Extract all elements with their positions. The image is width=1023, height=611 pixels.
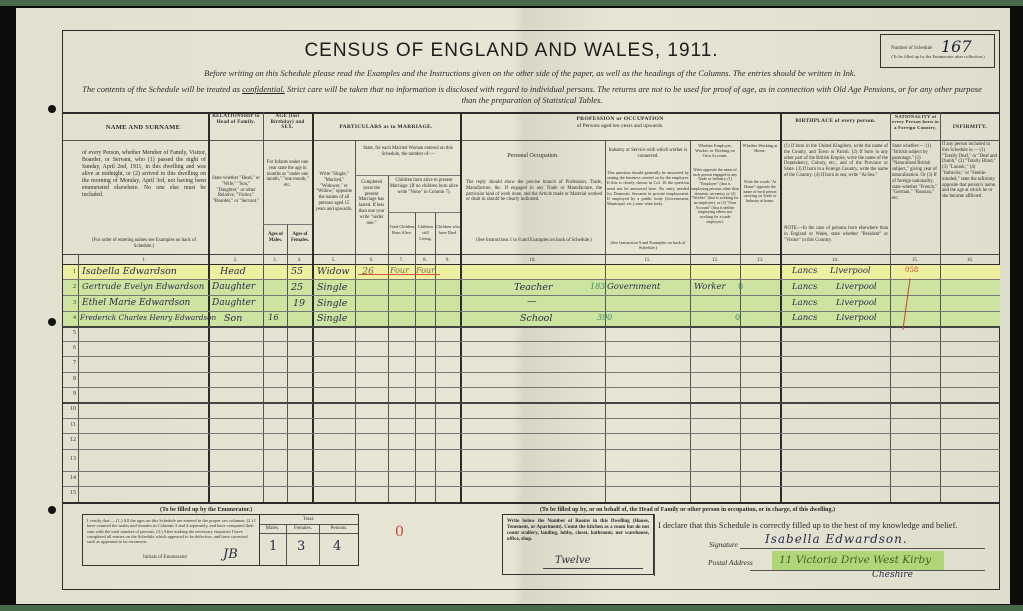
cell-birthplace-town: Liverpool bbox=[836, 282, 877, 292]
cell-birthplace-town: Liverpool bbox=[830, 266, 871, 276]
header-age: AGE (last Birthday) and SEX. bbox=[264, 114, 311, 131]
rooms-value: Twelve bbox=[555, 555, 591, 566]
cell-age-female: 25 bbox=[291, 282, 303, 293]
colnum: 6. bbox=[355, 258, 388, 263]
colnum: 1. bbox=[80, 258, 208, 263]
householder-section-title: (To be filled up by, or on behalf of, th… bbox=[540, 507, 835, 513]
header-birthplace: BIRTHPLACE of every person. bbox=[782, 118, 889, 125]
header-nationality: NATIONALITY of every Person born in a Fo… bbox=[891, 114, 940, 130]
header-infirmity: INFIRMITY. bbox=[941, 124, 999, 131]
header-industry: Industry or Service with which worker is… bbox=[607, 148, 689, 160]
punch-hole bbox=[48, 318, 56, 326]
punch-hole bbox=[48, 105, 56, 113]
cell-birthplace-county: Lancs bbox=[792, 313, 817, 323]
colnum: 11. bbox=[605, 258, 690, 263]
punch-hole bbox=[48, 506, 56, 514]
cell-relationship: Head bbox=[220, 266, 246, 277]
colnum: 7. bbox=[388, 258, 415, 263]
persons-label: Persons. bbox=[320, 526, 358, 531]
cell-marital: Single bbox=[317, 313, 347, 324]
header-relationship: RELATIONSHIP to Head of Family. bbox=[210, 114, 262, 125]
colnum: 4. bbox=[287, 258, 312, 263]
enumerator-certify-text: I certify that:— (1.) All the ages on th… bbox=[87, 518, 257, 544]
row-number: 14 bbox=[64, 475, 76, 481]
row-number: 10 bbox=[64, 406, 76, 412]
cell-marital: Widow bbox=[317, 266, 350, 277]
cell-relationship: Son bbox=[224, 313, 242, 324]
col-divider bbox=[435, 212, 436, 502]
row-line bbox=[63, 486, 1000, 487]
colnum: 10. bbox=[460, 258, 605, 263]
totals-label: Total. bbox=[259, 517, 358, 522]
row-line bbox=[63, 402, 1000, 404]
schedule-number-label: Number of Schedule bbox=[891, 46, 932, 51]
cell-occupation-code: 390 bbox=[597, 313, 612, 322]
header-divider bbox=[63, 140, 1000, 141]
totals-line bbox=[259, 533, 358, 534]
header-at-home-desc: Write the words "At Home" opposite the n… bbox=[741, 180, 779, 204]
schedule-number-note: (To be filled up by the Enumerator after… bbox=[885, 54, 991, 59]
row-number: 9 bbox=[64, 391, 76, 397]
cell-birthplace-county: Lancs bbox=[792, 282, 817, 292]
red-zero-mark: 0 bbox=[395, 524, 404, 540]
rooms-box: Write below the Number of Rooms in this … bbox=[502, 514, 654, 575]
enumerator-box: I certify that:— (1.) All the ages on th… bbox=[82, 514, 359, 566]
instruction-line: Before writing on this Schedule please r… bbox=[150, 68, 910, 78]
row-line bbox=[63, 433, 1000, 434]
header-name-desc: of every Person, whether Member of Famil… bbox=[82, 150, 206, 199]
col-divider bbox=[208, 112, 210, 502]
row-line bbox=[63, 418, 1000, 419]
row-number: 2 bbox=[64, 284, 76, 290]
footer-divider bbox=[654, 514, 655, 576]
header-industry-desc: This question should generally be answer… bbox=[607, 170, 689, 206]
cell-name: Isabella Edwardson bbox=[82, 266, 177, 277]
header-at-home: Whether Working at Home. bbox=[741, 143, 779, 153]
cell-nationality-mark: 058 bbox=[905, 266, 918, 274]
cell-marital: Single bbox=[317, 282, 347, 293]
header-age-desc: For Infants under one year state the age… bbox=[264, 160, 311, 189]
row-line bbox=[63, 471, 1000, 472]
males-label: Males. bbox=[259, 526, 286, 531]
cell-at-home-code: 0 bbox=[735, 313, 740, 322]
header-relationship-desc: State whether "Head," or "Wife," "Son," … bbox=[210, 176, 262, 205]
row-line bbox=[63, 279, 1000, 280]
row-number: 12 bbox=[64, 437, 76, 443]
row-number: 13 bbox=[64, 456, 76, 462]
colnum: 13. bbox=[740, 258, 780, 263]
header-birthplace-desc: (1) If born in the United Kingdom, write… bbox=[784, 144, 888, 179]
totals-divider bbox=[319, 524, 320, 565]
colnum: 12. bbox=[690, 258, 740, 263]
postal-address-line1: 11 Victoria Drive West Kirby bbox=[779, 554, 931, 566]
cell-occupation: — bbox=[527, 296, 537, 307]
cell-birthplace-town: Liverpool bbox=[836, 313, 877, 323]
row-number: 4 bbox=[64, 315, 76, 321]
col-divider bbox=[415, 212, 416, 502]
header-name: NAME AND SURNAME bbox=[80, 124, 206, 131]
cell-name: Ethel Marie Edwardson bbox=[82, 298, 190, 308]
signature-value: Isabella Edwardson. bbox=[765, 532, 908, 546]
cell-name: Gertrude Evelyn Edwardson bbox=[82, 282, 204, 292]
row-line bbox=[63, 449, 1000, 450]
row-number: 11 bbox=[64, 422, 76, 428]
row-number: 6 bbox=[64, 345, 76, 351]
header-married-woman: State, for each Married Woman entered on… bbox=[357, 146, 459, 158]
address-line bbox=[750, 570, 985, 571]
confidential-word: confidential. bbox=[242, 84, 285, 94]
confidential-text: than the preparation of Statistical Tabl… bbox=[461, 95, 602, 105]
header-nationality-desc: State whether:— (1) "British subject by … bbox=[892, 144, 939, 202]
totals-divider bbox=[259, 515, 260, 565]
initials-label: Initials of Enumerator bbox=[143, 555, 187, 560]
cell-relationship: Daughter bbox=[212, 298, 255, 308]
colnum: 3. bbox=[263, 258, 287, 263]
colnum: 8. bbox=[415, 258, 435, 263]
header-marital-desc: Write "Single," "Married," "Widower," or… bbox=[314, 172, 354, 213]
col-divider bbox=[312, 112, 314, 502]
total-persons: 4 bbox=[333, 539, 341, 554]
row-line bbox=[63, 311, 1000, 312]
cell-employer-status: Worker bbox=[694, 282, 726, 292]
cell-age-female: 55 bbox=[291, 266, 303, 277]
cell-age-female: 19 bbox=[293, 298, 305, 309]
header-sub-line bbox=[263, 224, 312, 225]
row-line bbox=[63, 326, 1000, 328]
colnum: 9. bbox=[435, 258, 460, 263]
row-number: 5 bbox=[64, 330, 76, 336]
enumerator-section-title: (To be filled up by the Enumerator.) bbox=[160, 507, 252, 513]
table-bottom-line bbox=[63, 502, 1000, 504]
females-label: Females. bbox=[287, 526, 319, 531]
col-divider bbox=[780, 112, 782, 502]
row-line bbox=[63, 387, 1000, 388]
cell-birthplace-county: Lancs bbox=[792, 266, 817, 276]
header-sub-line bbox=[355, 175, 460, 176]
header-industry-note: (See Instruction 9 and Examples on back … bbox=[607, 240, 689, 250]
header-name-note: (For order of entering names see Example… bbox=[82, 238, 206, 250]
cell-name: Frederick Charles Henry Edwardson bbox=[80, 313, 216, 322]
rooms-underline bbox=[543, 568, 643, 569]
header-personal-occupation: Personal Occupation. bbox=[462, 153, 604, 160]
confidential-text: Strict care will be taken that no inform… bbox=[285, 84, 982, 94]
cell-age-male: 16 bbox=[268, 313, 279, 323]
row-number: 3 bbox=[64, 300, 76, 306]
header-children-living: Children still Living. bbox=[416, 224, 435, 241]
header-birthplace-note: NOTE.—In the case of persons born elsewh… bbox=[784, 226, 888, 243]
table-top-line bbox=[63, 112, 1000, 114]
col-divider bbox=[287, 224, 288, 502]
header-years-married: Completed years the present Marriage has… bbox=[356, 180, 387, 226]
header-total-children: Total Children Born Alive. bbox=[389, 224, 415, 236]
colnum: 2. bbox=[208, 258, 263, 263]
row-line bbox=[63, 356, 1000, 357]
header-infirmity-desc: If any person included in this Schedule … bbox=[942, 142, 998, 200]
form-title: CENSUS OF ENGLAND AND WALES, 1911. bbox=[0, 40, 1023, 62]
header-occupation-note: (See Instructions 1 to 8 and Examples on… bbox=[466, 238, 602, 244]
colnum: 5. bbox=[312, 258, 355, 263]
row-number: 7 bbox=[64, 360, 76, 366]
header-occupation: PROFESSION or OCCUPATION bbox=[462, 116, 778, 123]
signature-label: Signature bbox=[709, 540, 738, 549]
cell-industry: Government bbox=[607, 282, 660, 292]
col-divider bbox=[460, 112, 462, 502]
header-age-males: Ages of Males. bbox=[264, 232, 287, 244]
rooms-instruction: Write below the Number of Rooms in this … bbox=[507, 519, 649, 543]
header-children-died: Children who have Died. bbox=[436, 224, 460, 236]
schedule-number-box: Number of Schedule 167 (To be filled up … bbox=[880, 34, 995, 68]
row-line bbox=[63, 341, 1000, 342]
red-strikethrough bbox=[358, 274, 440, 275]
declaration-text: I declare that this Schedule is correctl… bbox=[658, 520, 958, 530]
col-divider bbox=[940, 112, 941, 502]
cell-birthplace-town: Liverpool bbox=[836, 298, 877, 308]
confidential-notice: The contents of the Schedule will be tre… bbox=[72, 84, 992, 106]
row-number: 15 bbox=[64, 490, 76, 496]
row-number: 1 bbox=[64, 269, 76, 275]
header-bottom-line bbox=[63, 254, 1000, 255]
confidential-text: The contents of the Schedule will be tre… bbox=[82, 84, 242, 94]
colnum: 15. bbox=[890, 258, 940, 263]
total-males: 1 bbox=[269, 539, 277, 554]
cell-years-married: 26 bbox=[362, 266, 374, 277]
col-divider bbox=[78, 254, 79, 502]
cell-marital: Single bbox=[317, 298, 347, 309]
cell-relationship: Daughter bbox=[212, 282, 255, 292]
header-age-females: Ages of Females. bbox=[288, 232, 312, 244]
signature-line bbox=[740, 548, 985, 549]
header-sub-line bbox=[388, 212, 460, 213]
row-number: 8 bbox=[64, 376, 76, 382]
row-line bbox=[63, 372, 1000, 373]
colnum: 14. bbox=[780, 258, 890, 263]
postal-address-line2: Cheshire bbox=[872, 570, 913, 580]
header-marriage: PARTICULARS as to MARRIAGE. bbox=[313, 124, 459, 131]
cell-birthplace-county: Lancs bbox=[792, 298, 817, 308]
cell-occupation: Teacher bbox=[514, 282, 553, 293]
header-employer: Whether Employer, Worker, or Working on … bbox=[691, 143, 739, 158]
total-females: 3 bbox=[297, 539, 305, 554]
header-occupation-desc: The reply should show the precise branch… bbox=[466, 180, 602, 203]
header-occupation-sub: of Persons aged ten years and upwards. bbox=[462, 123, 778, 130]
totals-line bbox=[259, 524, 358, 525]
postal-address-label: Postal Address bbox=[708, 558, 753, 567]
cell-at-home-code: 0 bbox=[738, 282, 743, 291]
cell-occupation: School bbox=[520, 313, 552, 324]
header-employer-desc: Write opposite the name of each person e… bbox=[691, 168, 739, 224]
totals-divider bbox=[286, 524, 287, 565]
col-divider bbox=[890, 112, 891, 502]
enumerator-initials: JB bbox=[223, 547, 238, 562]
cell-occupation-code: 183 bbox=[590, 282, 605, 291]
header-children: Children born alive to present Marriage.… bbox=[389, 178, 459, 195]
colnum: 16. bbox=[940, 258, 1000, 263]
